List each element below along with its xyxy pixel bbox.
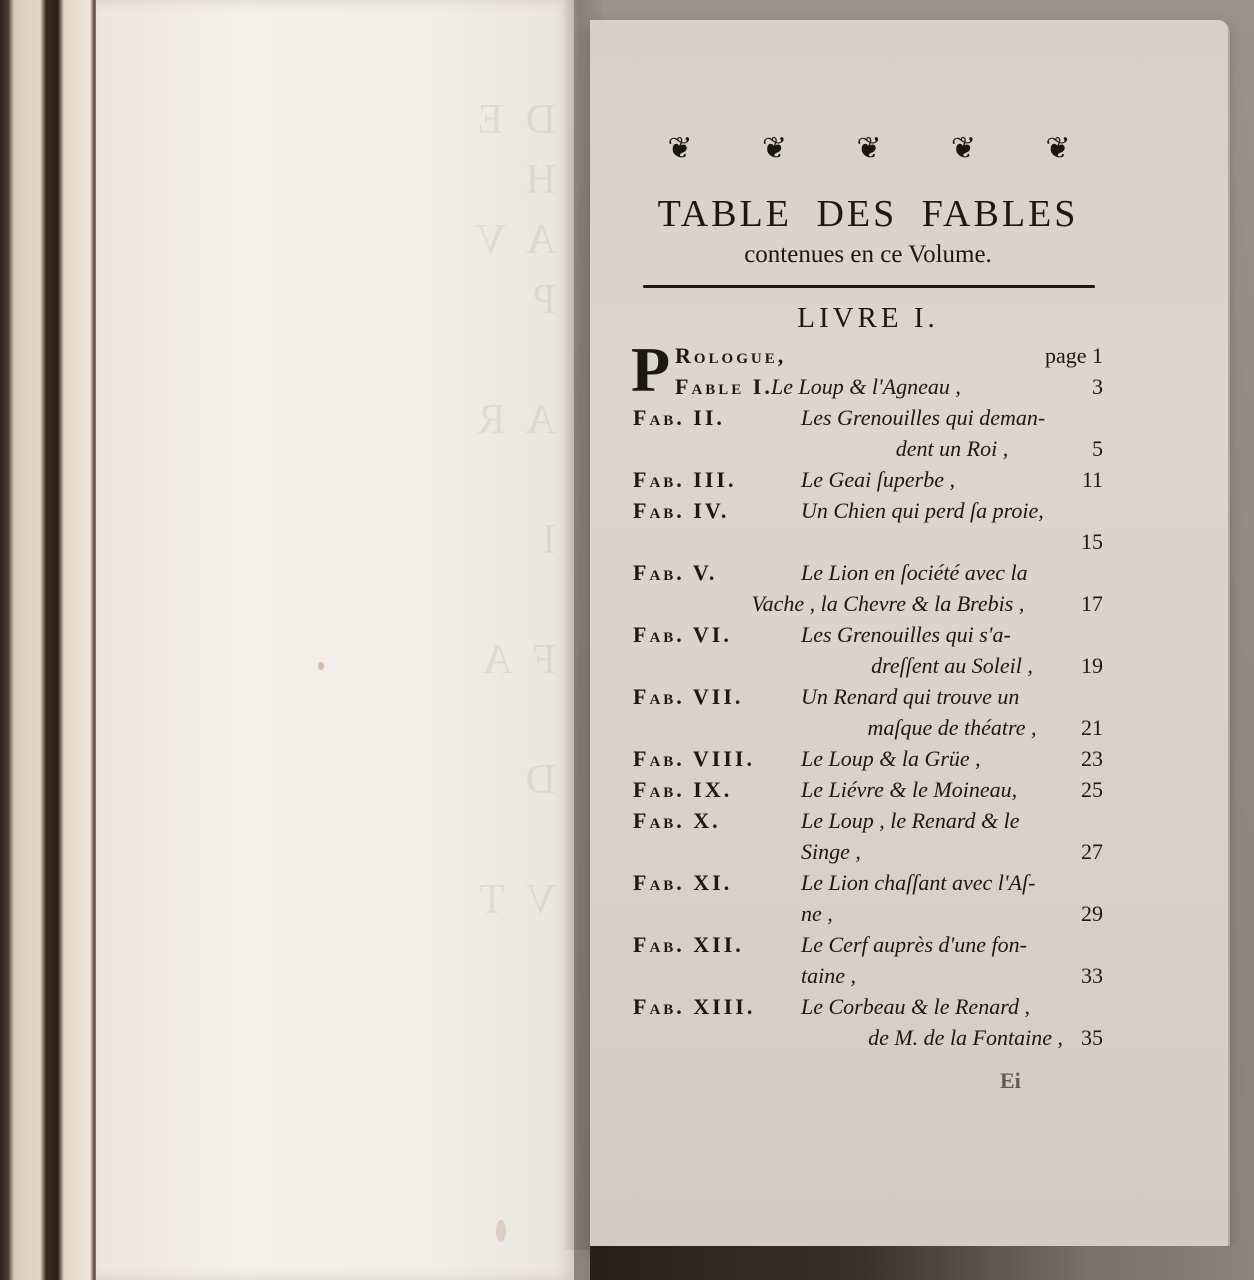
fable-title: Le Cerf auprès d'une fon-: [801, 929, 1103, 960]
fleuron-icon: ❦: [822, 131, 914, 166]
fleuron-icon: ❦: [917, 131, 1009, 166]
entry-label: Fab. VIII.: [633, 743, 755, 774]
page-bottom-shadow: [590, 1246, 1254, 1280]
toc-entry-continuation: 15: [633, 526, 1103, 557]
fable-title-continued: de M. de la Fontaine ,: [801, 1022, 1063, 1053]
fable-title: Le Corbeau & le Renard ,: [801, 991, 1103, 1022]
toc-entry-continuation: maſque de théatre , 21: [633, 712, 1103, 743]
entry-label: Fable I.: [675, 371, 773, 402]
fable-title-continued: maſque de théatre ,: [801, 712, 1103, 743]
fleuron-icon: ❦: [728, 131, 820, 166]
toc-entry-continuation: dent un Roi , 5: [633, 433, 1103, 464]
fable-title: Le Loup & la Grüe ,: [801, 743, 1103, 774]
fable-title: Un Chien qui perd ſa proie,: [801, 495, 1103, 526]
fable-title-continued: Singe ,: [801, 836, 1103, 867]
page-number: 17: [1081, 588, 1103, 619]
page-number: 29: [1081, 898, 1103, 929]
header-ornament: ❦ ❦ ❦ ❦ ❦: [633, 125, 1103, 171]
page-subtitle: contenues en ce Volume.: [633, 239, 1103, 271]
page-number: 3: [1092, 371, 1103, 402]
fable-title: Le Loup , le Renard & le: [801, 805, 1103, 836]
fable-title-continued: dreſſent au Soleil ,: [801, 650, 1103, 681]
section-heading: LIVRE I.: [633, 300, 1103, 336]
toc-entry: Fab. XI. Le Lion chaſſant avec l'Aſ-: [633, 867, 1103, 898]
page-number: 11: [1082, 464, 1103, 495]
title-rule: [643, 285, 1095, 288]
entry-label: Fab. VI.: [633, 619, 732, 650]
fable-title: Les Grenouilles qui deman-: [801, 402, 1103, 433]
foxing-spot: [318, 662, 324, 670]
entry-label: Rologue,: [675, 340, 786, 371]
table-of-fables: ❦ ❦ ❦ ❦ ❦ TABLE DES FABLES contenues en …: [633, 125, 1103, 1053]
fable-title: Le Lion en ſociété avec la: [801, 557, 1103, 588]
toc-entry-continuation: ne , 29: [633, 898, 1103, 929]
fable-title: Le Geai ſuperbe ,: [801, 464, 1103, 495]
toc-entry: Fab. IV. Un Chien qui perd ſa proie,: [633, 495, 1103, 526]
entry-label: Fab. IX.: [633, 774, 732, 805]
toc-entry: P Rologue, page 1: [633, 340, 1103, 371]
entry-label: Fab. XII.: [633, 929, 744, 960]
page-number: 15: [1081, 526, 1103, 557]
book-edge-stack: [0, 0, 110, 1280]
page-number: 25: [1081, 774, 1103, 805]
toc-entry: Fab. III. Le Geai ſuperbe , 11: [633, 464, 1103, 495]
fable-title: Le Loup & l'Agneau ,: [771, 371, 1103, 402]
fable-title-continued: ne ,: [801, 898, 1103, 929]
toc-entry: Fab. VI. Les Grenouilles qui s'a-: [633, 619, 1103, 650]
page-number: 21: [1081, 712, 1103, 743]
fable-title: Un Renard qui trouve un: [801, 681, 1103, 712]
fleuron-icon: ❦: [1011, 131, 1103, 166]
fable-title: Les Grenouilles qui s'a-: [801, 619, 1103, 650]
page-title: TABLE DES FABLES: [633, 193, 1103, 235]
page-number: 27: [1081, 836, 1103, 867]
signature-mark: Ei: [1000, 1068, 1036, 1094]
toc-entry: Fab. VII. Un Renard qui trouve un: [633, 681, 1103, 712]
toc-entry-continuation: Vache , la Chevre & la Brebis , 17: [633, 588, 1103, 619]
toc-entry: Fab. VIII. Le Loup & la Grüe , 23: [633, 743, 1103, 774]
entry-label: Fab. XI.: [633, 867, 732, 898]
toc-entry: Fab. II. Les Grenouilles qui deman-: [633, 402, 1103, 433]
fable-title-continued: dent un Roi ,: [801, 433, 1103, 464]
fable-title-continued: taine ,: [801, 960, 1103, 991]
toc-entry: Fab. X. Le Loup , le Renard & le: [633, 805, 1103, 836]
bleed-through-text: D E H A V P A R I F A D V T: [296, 90, 556, 1190]
entry-label: Fab. III.: [633, 464, 736, 495]
toc-entry: Fab. XII. Le Cerf auprès d'une fon-: [633, 929, 1103, 960]
page-number: 23: [1081, 743, 1103, 774]
page-number: page 1: [1045, 340, 1103, 371]
toc-entry: Fable I. Le Loup & l'Agneau , 3: [633, 371, 1103, 402]
entry-label: Fab. V.: [633, 557, 717, 588]
toc-entry-continuation: dreſſent au Soleil , 19: [633, 650, 1103, 681]
entry-label: Fab. IV.: [633, 495, 729, 526]
toc-entry: Fab. XIII. Le Corbeau & le Renard ,: [633, 991, 1103, 1022]
page-number: 33: [1081, 960, 1103, 991]
page-number: 19: [1081, 650, 1103, 681]
left-page-blank: D E H A V P A R I F A D V T: [96, 0, 574, 1280]
page-number: 5: [1092, 433, 1103, 464]
entry-label: Fab. XIII.: [633, 991, 755, 1022]
fable-title: Le Lion chaſſant avec l'Aſ-: [801, 867, 1103, 898]
fable-title-continued: Vache , la Chevre & la Brebis ,: [713, 588, 1063, 619]
fable-list: P Rologue, page 1 Fable I. Le Loup & l'A…: [633, 340, 1103, 1053]
toc-entry: Fab. V. Le Lion en ſociété avec la: [633, 557, 1103, 588]
toc-entry-continuation: taine , 33: [633, 960, 1103, 991]
entry-label: Fab. VII.: [633, 681, 743, 712]
foxing-spot: [496, 1220, 506, 1242]
toc-entry-continuation: de M. de la Fontaine , 35: [633, 1022, 1103, 1053]
fable-title: Le Liévre & le Moineau,: [801, 774, 1103, 805]
entry-label: Fab. X.: [633, 805, 721, 836]
fleuron-icon: ❦: [633, 131, 725, 166]
page-number: 35: [1081, 1022, 1103, 1053]
toc-entry-continuation: Singe , 27: [633, 836, 1103, 867]
entry-label: Fab. II.: [633, 402, 725, 433]
toc-entry: Fab. IX. Le Liévre & le Moineau, 25: [633, 774, 1103, 805]
